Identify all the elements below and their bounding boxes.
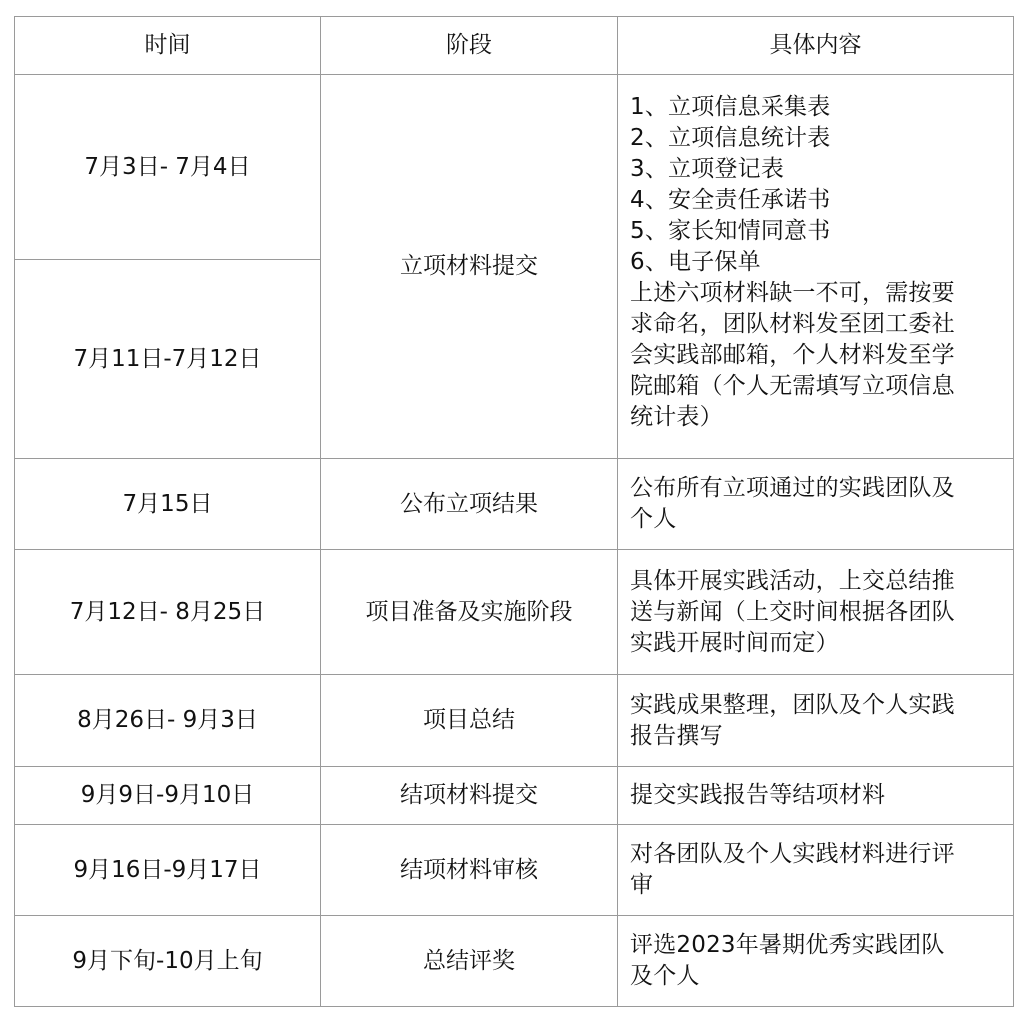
content-cell: 提交实践报告等结项材料 [618,767,1014,825]
stage-cell: 项目总结 [321,675,618,767]
content-line: 实践成果整理，团队及个人实践 [630,690,1003,721]
content-cell: 评选2023年暑期优秀实践团队 及个人 [618,916,1014,1007]
content-line: 审 [630,870,1003,901]
content-line: 实践开展时间而定） [630,628,1003,659]
table-row: 9月下旬-10月上旬 总结评奖 评选2023年暑期优秀实践团队 及个人 [15,916,1014,1007]
content-text: 提交实践报告等结项材料 [618,780,1013,811]
content-line: 及个人 [630,961,1003,992]
schedule-table: 时间 阶段 具体内容 7月3日- 7月4日 立项材料提交 1、立项信息采集表 2… [14,16,1014,1007]
header-stage: 阶段 [321,17,618,75]
content-cell: 公布所有立项通过的实践团队及 个人 [618,459,1014,550]
content-text: 实践成果整理，团队及个人实践 报告撰写 [618,690,1013,752]
time-cell: 7月3日- 7月4日 [15,75,321,260]
header-content: 具体内容 [618,17,1014,75]
stage-cell: 结项材料审核 [321,825,618,916]
content-line: 送与新闻（上交时间根据各团队 [630,597,1003,628]
table-row: 8月26日- 9月3日 项目总结 实践成果整理，团队及个人实践 报告撰写 [15,675,1014,767]
time-cell: 7月15日 [15,459,321,550]
time-cell: 9月下旬-10月上旬 [15,916,321,1007]
content-text: 1、立项信息采集表 2、立项信息统计表 3、立项登记表 4、安全责任承诺书 5、… [618,92,1013,433]
content-text: 评选2023年暑期优秀实践团队 及个人 [618,930,1013,992]
content-text: 具体开展实践活动，上交总结推 送与新闻（上交时间根据各团队 实践开展时间而定） [618,566,1013,659]
table-row: 9月16日-9月17日 结项材料审核 对各团队及个人实践材料进行评 审 [15,825,1014,916]
header-time: 时间 [15,17,321,75]
content-line: 个人 [630,504,1003,535]
content-line: 上述六项材料缺一不可，需按要 [630,278,1003,309]
content-cell: 具体开展实践活动，上交总结推 送与新闻（上交时间根据各团队 实践开展时间而定） [618,550,1014,675]
header-row: 时间 阶段 具体内容 [15,17,1014,75]
content-line: 2、立项信息统计表 [630,123,1003,154]
content-line: 4、安全责任承诺书 [630,185,1003,216]
content-line: 具体开展实践活动，上交总结推 [630,566,1003,597]
content-line: 求命名，团队材料发至团工委社 [630,309,1003,340]
content-cell: 实践成果整理，团队及个人实践 报告撰写 [618,675,1014,767]
content-line: 3、立项登记表 [630,154,1003,185]
time-cell: 9月9日-9月10日 [15,767,321,825]
stage-cell: 公布立项结果 [321,459,618,550]
content-line: 院邮箱（个人无需填写立项信息 [630,371,1003,402]
content-line: 5、家长知情同意书 [630,216,1003,247]
time-cell: 7月11日-7月12日 [15,260,321,459]
table-row: 7月15日 公布立项结果 公布所有立项通过的实践团队及 个人 [15,459,1014,550]
stage-cell: 项目准备及实施阶段 [321,550,618,675]
content-line: 对各团队及个人实践材料进行评 [630,839,1003,870]
content-cell: 对各团队及个人实践材料进行评 审 [618,825,1014,916]
content-text: 公布所有立项通过的实践团队及 个人 [618,473,1013,535]
content-line: 评选2023年暑期优秀实践团队 [630,930,1003,961]
time-cell: 9月16日-9月17日 [15,825,321,916]
content-text: 对各团队及个人实践材料进行评 审 [618,839,1013,901]
content-line: 会实践部邮箱，个人材料发至学 [630,340,1003,371]
table-row: 9月9日-9月10日 结项材料提交 提交实践报告等结项材料 [15,767,1014,825]
content-line: 提交实践报告等结项材料 [630,780,1003,811]
header-content-label: 具体内容 [770,32,862,58]
content-line: 6、电子保单 [630,247,1003,278]
content-line: 报告撰写 [630,721,1003,752]
content-line: 公布所有立项通过的实践团队及 [630,473,1003,504]
content-line: 1、立项信息采集表 [630,92,1003,123]
stage-cell: 总结评奖 [321,916,618,1007]
table-row: 7月12日- 8月25日 项目准备及实施阶段 具体开展实践活动，上交总结推 送与… [15,550,1014,675]
content-cell: 1、立项信息采集表 2、立项信息统计表 3、立项登记表 4、安全责任承诺书 5、… [618,75,1014,459]
content-line: 统计表） [630,402,1003,433]
time-cell: 7月12日- 8月25日 [15,550,321,675]
stage-cell: 立项材料提交 [321,75,618,459]
table-row: 7月3日- 7月4日 立项材料提交 1、立项信息采集表 2、立项信息统计表 3、… [15,75,1014,260]
stage-cell: 结项材料提交 [321,767,618,825]
time-cell: 8月26日- 9月3日 [15,675,321,767]
